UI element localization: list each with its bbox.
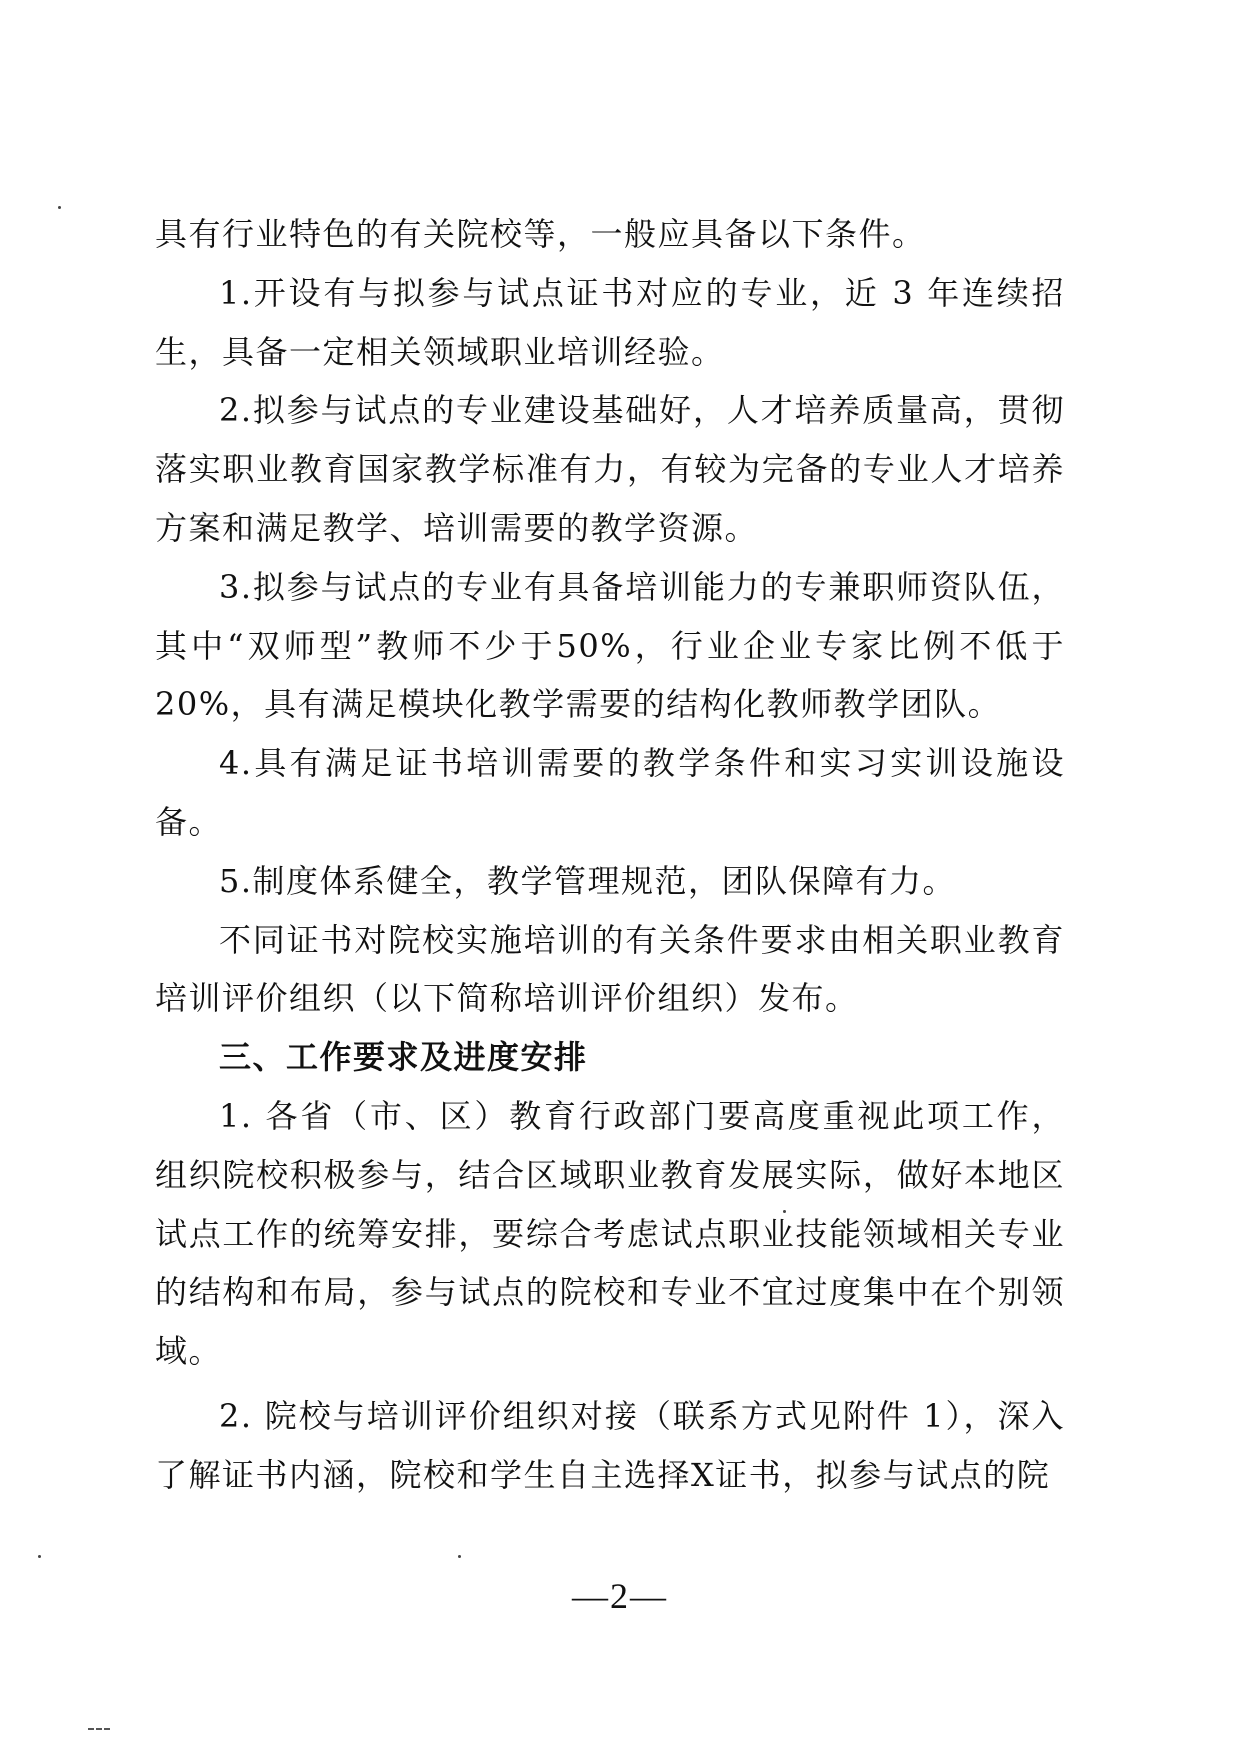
condition-item-1: 1.开设有与拟参与试点证书对应的专业，近 3 年连续招生，具备一定相关领域职业培… xyxy=(155,264,1065,382)
scan-speck xyxy=(38,1555,41,1558)
scan-speck xyxy=(783,1210,786,1213)
requirement-item-1: 1. 各省（市、区）教育行政部门要高度重视此项工作，组织院校积极参与，结合区域职… xyxy=(155,1087,1065,1381)
scan-speck xyxy=(58,206,61,209)
condition-item-2: 2.拟参与试点的专业建设基础好，人才培养质量高，贯彻落实职业教育国家教学标准有力… xyxy=(155,381,1065,557)
requirement-item-2: 2. 院校与培训评价组织对接（联系方式见附件 1），深入了解证书内涵，院校和学生… xyxy=(155,1387,1065,1505)
condition-item-3: 3.拟参与试点的专业有具备培训能力的专兼职师资队伍，其中“双师型”教师不少于50… xyxy=(155,558,1065,734)
document-body: 具有行业特色的有关院校等，一般应具备以下条件。 1.开设有与拟参与试点证书对应的… xyxy=(155,205,1065,1505)
section-heading-work-requirements: 三、工作要求及进度安排 xyxy=(155,1028,1065,1087)
scan-speck xyxy=(458,1555,461,1558)
condition-item-4: 4.具有满足证书培训需要的教学条件和实习实训设施设备。 xyxy=(155,734,1065,852)
scan-edge-mark xyxy=(88,1728,110,1734)
paragraph-certificate-requirements: 不同证书对院校实施培训的有关条件要求由相关职业教育培训评价组织（以下简称培训评价… xyxy=(155,911,1065,1029)
paragraph-continuation: 具有行业特色的有关院校等，一般应具备以下条件。 xyxy=(155,205,1065,264)
condition-item-5: 5.制度体系健全，教学管理规范，团队保障有力。 xyxy=(155,852,1065,911)
document-page: 具有行业特色的有关院校等，一般应具备以下条件。 1.开设有与拟参与试点证书对应的… xyxy=(0,0,1240,1753)
page-number: —2— xyxy=(0,1575,1240,1617)
